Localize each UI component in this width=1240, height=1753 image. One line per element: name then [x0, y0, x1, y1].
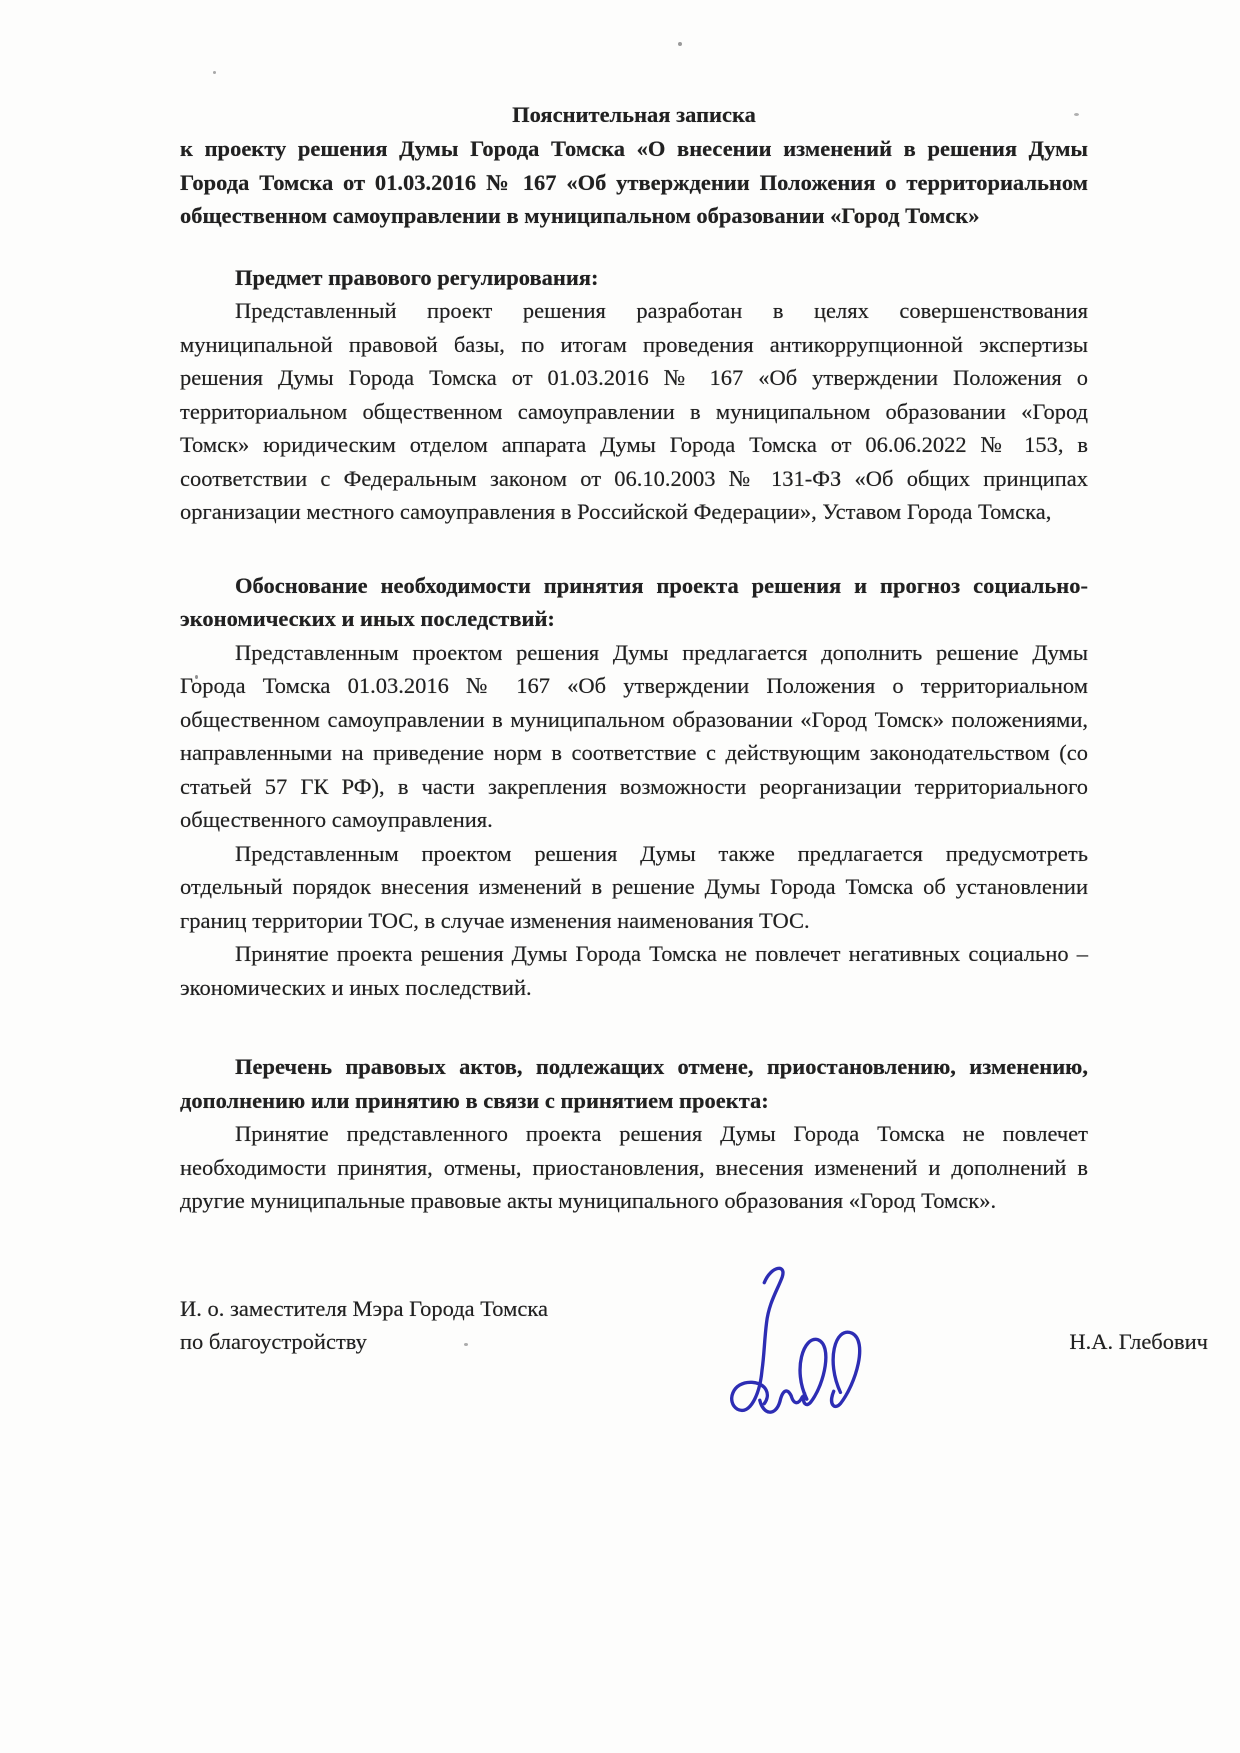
- signatory-position-line2: по благоустройству: [180, 1325, 548, 1359]
- document-page: Пояснительная записка к проекту решения …: [0, 0, 1240, 1753]
- section-heading: Предмет правового регулирования:: [180, 261, 1088, 295]
- section-heading: Обоснование необходимости принятия проек…: [180, 569, 1088, 636]
- signatory-name: Н.А. Глебович: [1069, 1325, 1208, 1359]
- signatory-position: И. о. заместителя Мэра Города Томска по …: [180, 1292, 548, 1359]
- document-title: Пояснительная записка: [180, 98, 1088, 132]
- paragraph: Принятие проекта решения Думы Города Том…: [180, 937, 1088, 1004]
- signatory-position-line1: И. о. заместителя Мэра Города Томска: [180, 1292, 548, 1326]
- section-list-of-legal-acts: Перечень правовых актов, подлежащих отме…: [180, 1050, 1088, 1218]
- section-justification: Обоснование необходимости принятия проек…: [180, 569, 1088, 1005]
- paragraph: Представленным проектом решения Думы пре…: [180, 636, 1088, 837]
- document-subtitle: к проекту решения Думы Города Томска «О …: [180, 132, 1088, 233]
- signature-block: И. о. заместителя Мэра Города Томска по …: [180, 1292, 1208, 1359]
- paragraph: Представленным проектом решения Думы так…: [180, 837, 1088, 938]
- scan-speck: [678, 42, 682, 46]
- scan-speck: [213, 71, 216, 74]
- document-content: Пояснительная записка к проекту решения …: [180, 98, 1088, 1359]
- paragraph: Представленный проект решения разработан…: [180, 294, 1088, 529]
- paragraph: Принятие представленного проекта решения…: [180, 1117, 1088, 1218]
- section-subject-of-regulation: Предмет правового регулирования: Предста…: [180, 261, 1088, 529]
- handwritten-signature: [715, 1253, 883, 1431]
- section-heading: Перечень правовых актов, подлежащих отме…: [180, 1050, 1088, 1117]
